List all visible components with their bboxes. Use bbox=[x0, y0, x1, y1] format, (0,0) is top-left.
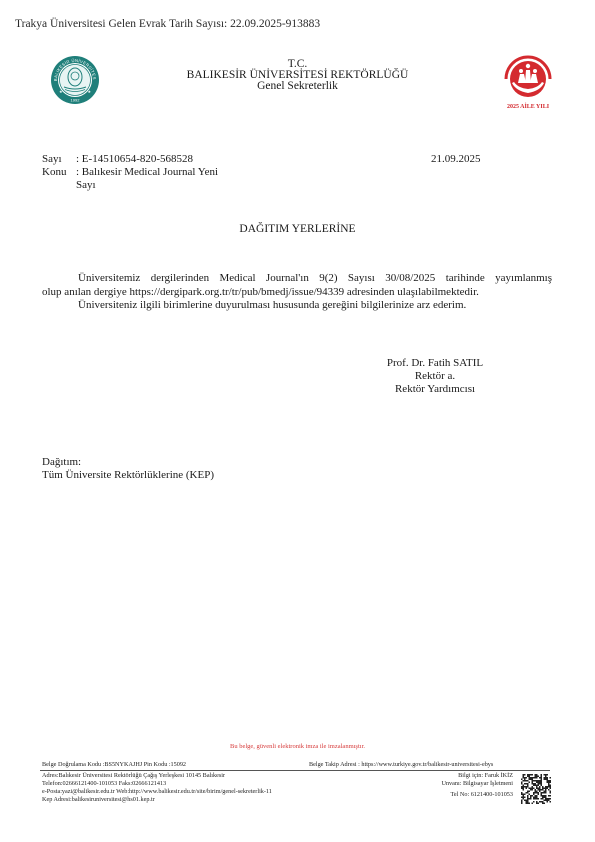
footer-contact: Bilgi için: Faruk İKİZ Unvanı: Bilgisaya… bbox=[400, 772, 513, 800]
document-date: 21.09.2025 bbox=[431, 153, 481, 165]
body-line-2: olup anılan dergiye https://dergipark.or… bbox=[42, 286, 552, 300]
kep-address-line: Kep Adresi:balikesiruniversitesi@hs01.ke… bbox=[42, 796, 272, 804]
body-line-1: Üniversitemiz dergilerinden Medical Jour… bbox=[42, 272, 552, 286]
subject-label: Konu bbox=[42, 166, 66, 178]
signature-block: Prof. Dr. Fatih SATIL Rektör a. Rektör Y… bbox=[360, 357, 510, 396]
qr-code-icon bbox=[521, 774, 551, 804]
subject-value: : Balıkesir Medical Journal Yeni Sayı bbox=[76, 166, 226, 192]
verification-code: Belge Doğrulama Kodu :BS5NYKAJHJ Pin Kod… bbox=[42, 761, 186, 768]
contact-phone: Tel No: 6121400-101053 bbox=[400, 791, 513, 799]
address-line: Adres:Balıkesir Üniversitesi Rektörlüğü … bbox=[42, 772, 272, 780]
footer-divider bbox=[40, 770, 550, 771]
signatory-name: Prof. Dr. Fatih SATIL bbox=[360, 357, 510, 370]
body-line-3: Üniversiteniz ilgili birimlerine duyurul… bbox=[42, 299, 552, 313]
email-web-line: e-Posta:yazi@balikesir.edu.tr Web:http:/… bbox=[42, 788, 272, 796]
contact-title: Unvanı: Bilgisayar İşletmeni bbox=[400, 780, 513, 788]
signatory-title-1: Rektör a. bbox=[360, 370, 510, 383]
letter-body: Üniversitemiz dergilerinden Medical Jour… bbox=[42, 272, 552, 313]
svg-text:1992: 1992 bbox=[71, 98, 81, 103]
distribution-label: Dağıtım: bbox=[42, 456, 81, 468]
phone-line: Telefon:02666121400-101053 Faks:02666121… bbox=[42, 780, 272, 788]
footer-address: Adres:Balıkesir Üniversitesi Rektörlüğü … bbox=[42, 772, 272, 804]
tracking-address: Belge Takip Adresi : https://www.turkiye… bbox=[309, 761, 493, 768]
distribution-value: Tüm Üniversite Rektörlüklerine (KEP) bbox=[42, 469, 214, 481]
document-number: : E-14510654-820-568528 bbox=[76, 153, 193, 165]
contact-person: Bilgi için: Faruk İKİZ bbox=[400, 772, 513, 780]
svg-text:2025 AİLE YILI: 2025 AİLE YILI bbox=[507, 103, 550, 110]
incoming-document-stamp: Trakya Üniversitesi Gelen Evrak Tarih Sa… bbox=[15, 18, 320, 30]
number-label: Sayı bbox=[42, 153, 62, 165]
signatory-title-2: Rektör Yardımcısı bbox=[360, 383, 510, 396]
family-year-emblem-icon: 2025 AİLE YILI bbox=[500, 53, 556, 111]
addressee-heading: DAĞITIM YERLERİNE bbox=[0, 223, 595, 235]
e-signature-note: Bu belge, güvenli elektronik imza ile im… bbox=[0, 743, 595, 750]
